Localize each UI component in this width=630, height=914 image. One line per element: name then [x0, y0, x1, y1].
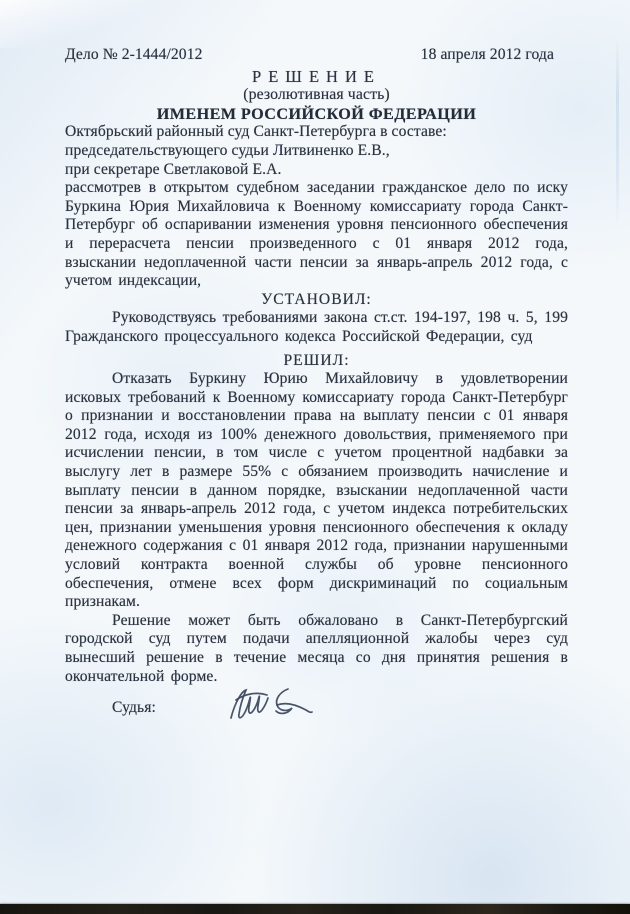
ruling-paragraph: Отказать Буркину Юрию Михайловичу в удов…	[65, 370, 568, 612]
paper-crease-artifact	[616, 38, 619, 228]
document-header-row: Дело № 2-1444/2012 18 апреля 2012 года	[65, 46, 568, 65]
judge-label: Судья:	[112, 699, 156, 718]
paper-fold-artifact	[0, 0, 180, 48]
scanned-court-decision-page: Дело № 2-1444/2012 18 апреля 2012 года Р…	[0, 0, 630, 914]
document-content: Дело № 2-1444/2012 18 апреля 2012 года Р…	[65, 46, 568, 745]
judge-signature	[225, 682, 317, 730]
decision-subtitle: (резолютивная часть)	[65, 86, 568, 105]
reshil-heading: РЕШИЛ:	[65, 352, 568, 371]
case-intro-paragraph: рассмотрев в открытом судебном заседании…	[65, 179, 568, 291]
ustanovil-heading: УСТАНОВИЛ:	[65, 291, 568, 310]
court-composition-line: председательствующего судьи Литвиненко Е…	[65, 142, 568, 161]
in-the-name-heading: ИМЕНЕМ РОССИЙСКОЙ ФЕДЕРАЦИИ	[65, 105, 568, 124]
scan-edge-bar	[0, 904, 630, 914]
decision-date: 18 апреля 2012 года	[421, 46, 568, 65]
guided-by-paragraph: Руководствуясь требованиями закона ст.ст…	[65, 309, 568, 346]
judge-signature-row: Судья:	[65, 699, 568, 745]
decision-title: РЕШЕНИЕ	[65, 68, 568, 87]
court-composition-line: Октябрьский районный суд Санкт-Петербург…	[65, 123, 568, 142]
court-composition-line: при секретаре Светлаковой Е.А.	[65, 161, 568, 180]
appeal-paragraph: Решение может быть обжаловано в Санкт-Пе…	[65, 612, 568, 686]
case-number: Дело № 2-1444/2012	[65, 46, 203, 65]
